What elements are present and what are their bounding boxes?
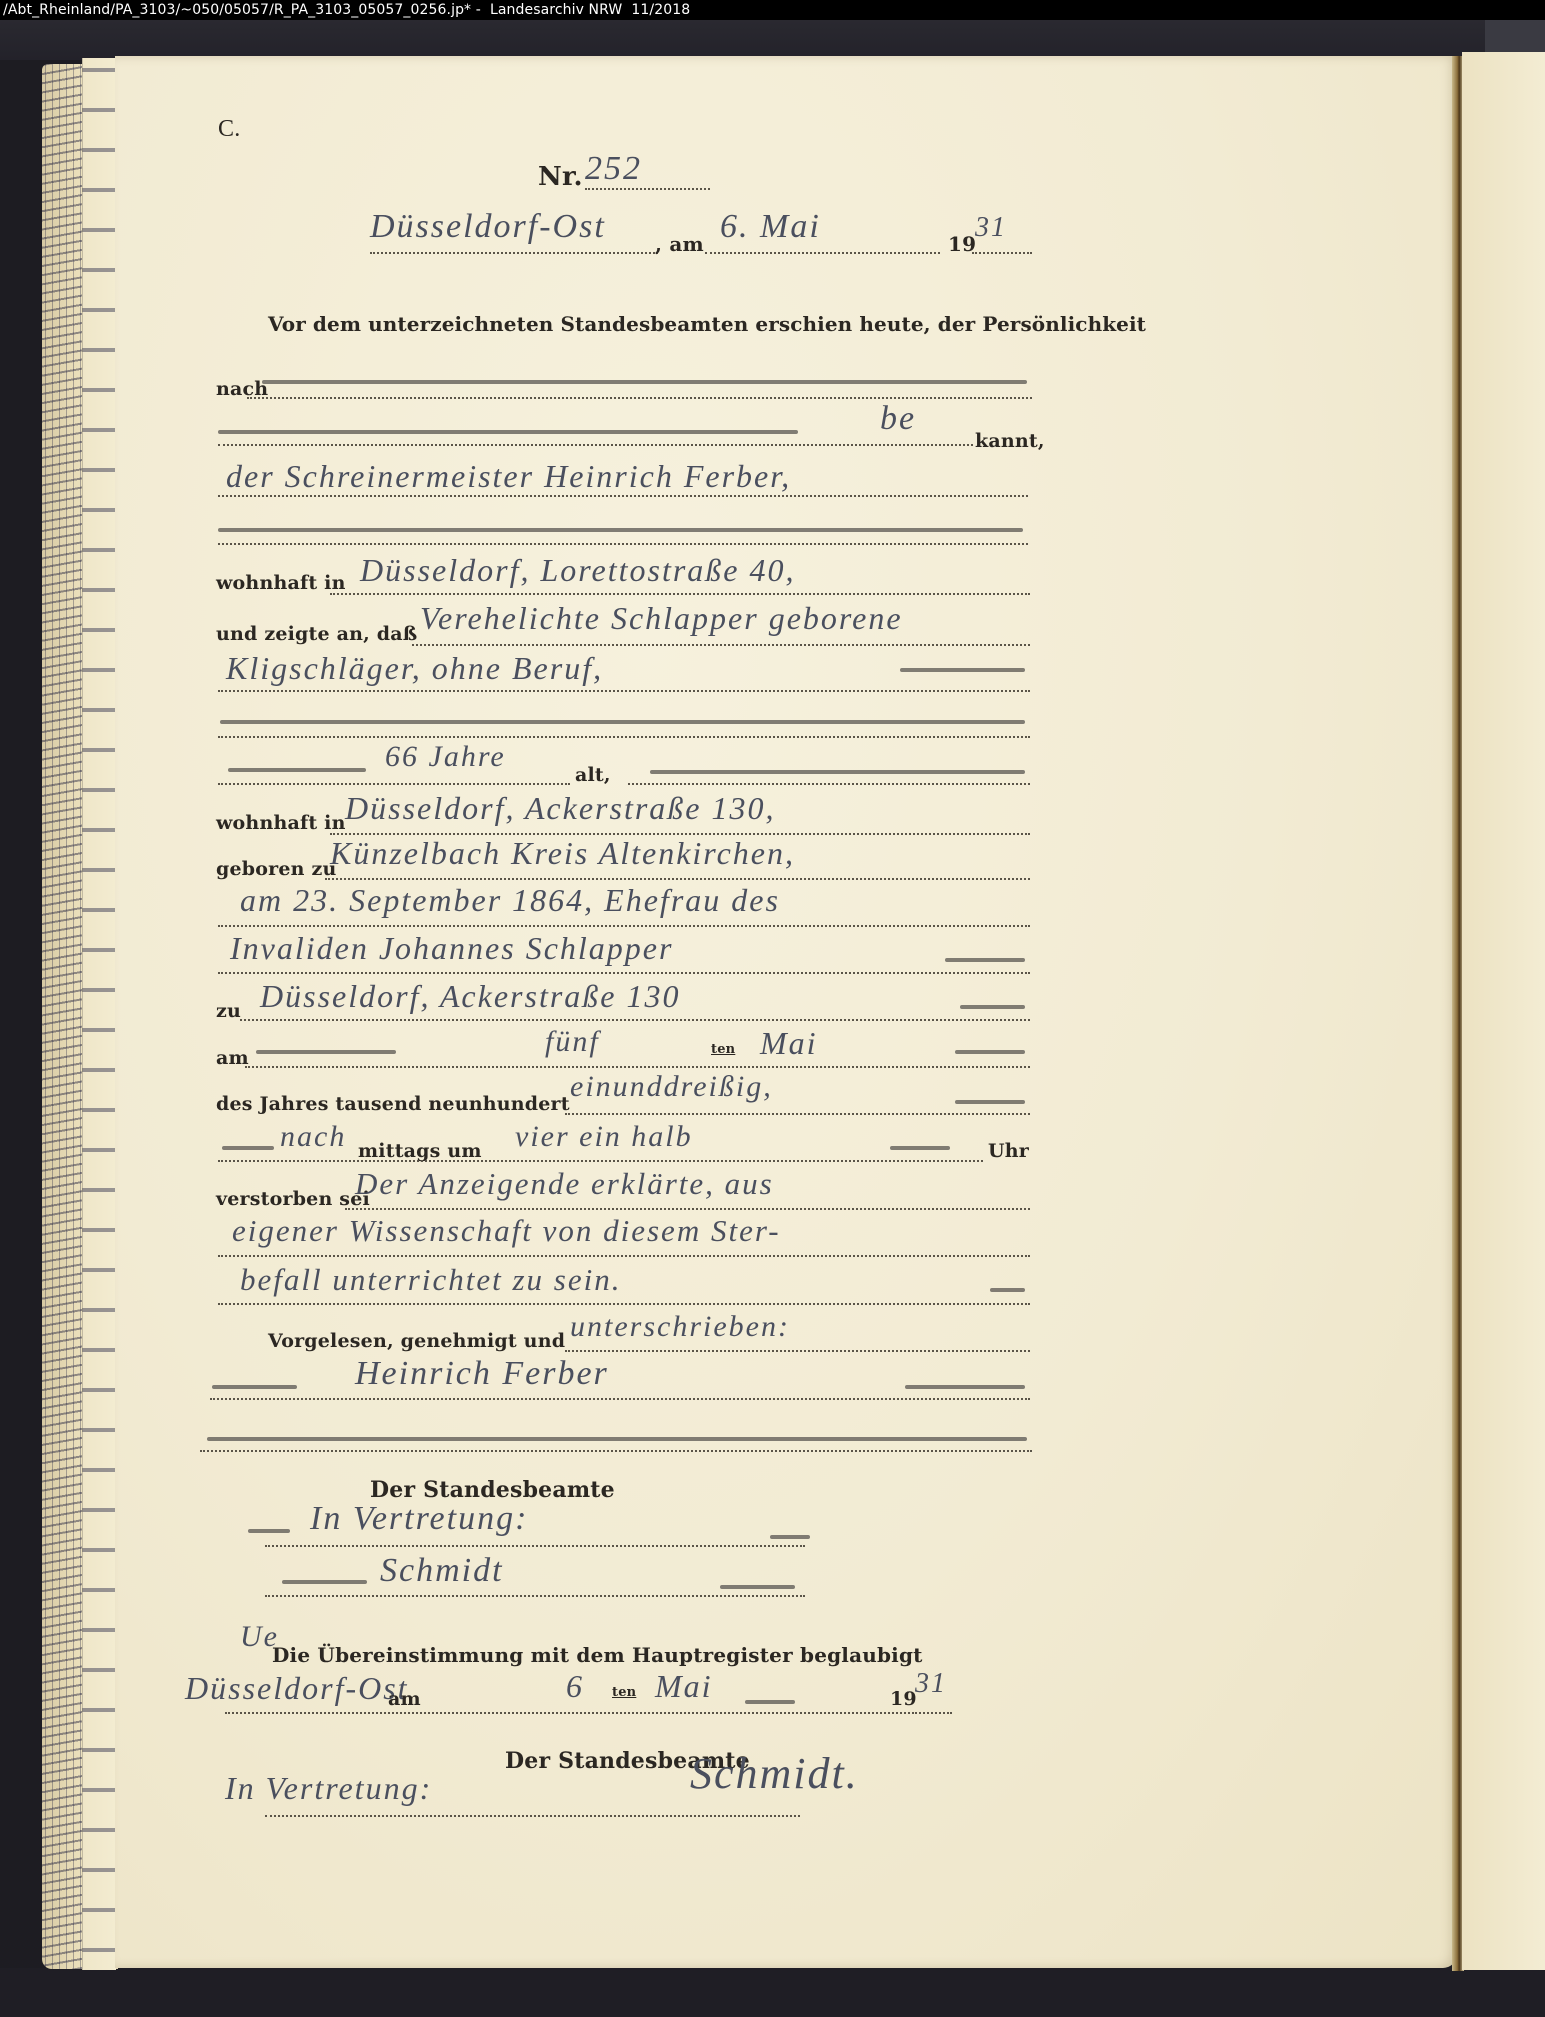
cert-dotted-line bbox=[225, 1712, 910, 1714]
geboren-label: geboren zu bbox=[216, 858, 336, 880]
fill-rule bbox=[256, 1050, 396, 1054]
birth-date: am 23. September 1864, Ehefrau des bbox=[240, 882, 780, 919]
fill-rule bbox=[282, 1580, 367, 1584]
scan-backdrop-left bbox=[0, 20, 42, 2017]
time-prefix: nach bbox=[280, 1120, 346, 1154]
fill-rule bbox=[955, 1100, 1025, 1104]
deceased-address: Düsseldorf, Ackerstraße 130, bbox=[345, 790, 775, 827]
cert-day-suffix: ten bbox=[612, 1685, 636, 1700]
fill-rule bbox=[745, 1700, 795, 1704]
registrar-dotted-line bbox=[265, 1595, 805, 1597]
death-day: fünf bbox=[545, 1025, 600, 1059]
year-dotted-line bbox=[972, 252, 1032, 254]
dotted-line bbox=[218, 543, 1028, 545]
death-time-dotted-line bbox=[218, 1160, 983, 1162]
fill-rule bbox=[220, 720, 1025, 724]
year-suffix: 31 bbox=[975, 212, 1007, 244]
death-date-dotted-line bbox=[245, 1066, 1030, 1068]
place-dotted-line bbox=[370, 252, 658, 254]
fill-rule bbox=[990, 1288, 1025, 1292]
death-day-suffix: ten bbox=[711, 1042, 735, 1057]
age-label: alt, bbox=[575, 764, 611, 786]
verstorben-label: verstorben sei bbox=[216, 1188, 370, 1210]
bekannt-label: kannt, bbox=[975, 430, 1045, 452]
birthplace-dotted-line bbox=[325, 878, 1030, 880]
death-month: Mai bbox=[760, 1025, 818, 1062]
birth-date-dotted-line bbox=[218, 925, 1030, 927]
fill-rule bbox=[770, 1535, 810, 1539]
informant-dotted-line bbox=[218, 495, 1028, 497]
informant-name: der Schreinermeister Heinrich Ferber, bbox=[226, 458, 791, 495]
fill-rule bbox=[218, 430, 798, 434]
cert-day: 6 bbox=[566, 1668, 584, 1705]
cert-place: Düsseldorf-Ost bbox=[185, 1670, 409, 1707]
record-place: Düsseldorf-Ost bbox=[370, 208, 606, 246]
remark-dotted-line-1 bbox=[345, 1208, 1030, 1210]
fill-rule bbox=[720, 1585, 795, 1589]
fill-rule bbox=[207, 1437, 1027, 1441]
book-page-edge-inner bbox=[82, 58, 116, 1970]
remark-dotted-line-3 bbox=[218, 1303, 1030, 1305]
jahres-label: des Jahres tausend neunhundert bbox=[216, 1093, 570, 1115]
deceased-name-line1: Verehelichte Schlapper geborene bbox=[420, 600, 903, 637]
registrar-vertretung: In Vertretung: bbox=[310, 1500, 528, 1538]
cert-year-suffix: 31 bbox=[915, 1668, 947, 1700]
bekannt-prefix: be bbox=[880, 400, 916, 438]
mittags-label: mittags um bbox=[358, 1140, 482, 1162]
number-dotted-line bbox=[585, 188, 710, 190]
registrar-signature: Schmidt bbox=[380, 1552, 504, 1590]
wohnhaft-label: wohnhaft in bbox=[216, 572, 346, 594]
fill-rule bbox=[955, 1050, 1025, 1054]
facing-page bbox=[1462, 52, 1545, 1970]
fill-rule bbox=[905, 1385, 1025, 1389]
deceased-dotted-line bbox=[412, 644, 1030, 646]
scan-backdrop-top bbox=[0, 20, 1545, 60]
fill-rule bbox=[945, 958, 1025, 962]
address-dotted-line bbox=[330, 593, 1030, 595]
intro-text: Vor dem unterzeichneten Standesbeamten e… bbox=[268, 312, 1146, 336]
fill-rule bbox=[890, 1146, 950, 1150]
vorgelesen-hand: unterschrieben: bbox=[570, 1310, 790, 1344]
death-year-words: einunddreißig, bbox=[570, 1070, 773, 1104]
uhr-label: Uhr bbox=[988, 1140, 1029, 1162]
certification-text: Die Übereinstimmung mit dem Hauptregiste… bbox=[272, 1643, 923, 1667]
fill-rule bbox=[222, 1146, 274, 1150]
spouse: Invaliden Johannes Schlapper bbox=[230, 930, 673, 967]
vorgelesen-dotted-line bbox=[565, 1350, 1030, 1352]
nach-dotted-line bbox=[247, 397, 1032, 399]
wohnhaft-label-2: wohnhaft in bbox=[216, 812, 346, 834]
remark-line-3: befall unterrichtet zu sein. bbox=[240, 1262, 621, 1298]
bekannt-dotted-line bbox=[218, 444, 973, 446]
dotted-line bbox=[218, 736, 1030, 738]
fill-rule bbox=[900, 668, 1025, 672]
birthplace: Künzelbach Kreis Altenkirchen, bbox=[330, 835, 795, 872]
signature-dotted-line bbox=[210, 1398, 1030, 1400]
record-number: 252 bbox=[585, 150, 642, 188]
cert-vertretung: In Vertretung: bbox=[225, 1770, 432, 1807]
scan-backdrop-corner bbox=[1485, 20, 1545, 52]
vorgelesen-label: Vorgelesen, genehmigt und bbox=[268, 1330, 565, 1352]
cert-year-prefix: 19 bbox=[890, 1688, 917, 1710]
deceased-dotted-line-2 bbox=[218, 690, 1030, 692]
cert-signature: Schmidt. bbox=[690, 1748, 859, 1799]
age-dotted-line bbox=[218, 783, 570, 785]
fill-rule bbox=[650, 770, 1025, 774]
death-place: Düsseldorf, Ackerstraße 130 bbox=[260, 978, 680, 1015]
date-am-label: , am bbox=[655, 232, 704, 256]
scan-backdrop-bottom bbox=[0, 1968, 1545, 2017]
fill-rule bbox=[218, 528, 1023, 532]
fill-rule bbox=[248, 1529, 290, 1533]
fill-rule bbox=[228, 768, 366, 772]
spouse-dotted-line bbox=[218, 972, 1030, 974]
number-label: Nr. bbox=[538, 162, 583, 192]
dotted-line bbox=[628, 783, 1030, 785]
remark-dotted-line-2 bbox=[218, 1255, 1030, 1257]
informant-signature: Heinrich Ferber bbox=[355, 1355, 609, 1393]
zeigte-label: und zeigte an, daß bbox=[216, 623, 417, 645]
deceased-name-line2: Kligschläger, ohne Beruf, bbox=[226, 650, 603, 687]
cert-month: Mai bbox=[655, 1668, 713, 1705]
fill-rule bbox=[262, 380, 1027, 384]
date-dotted-line bbox=[705, 252, 940, 254]
cert-am-label: am bbox=[388, 1688, 421, 1710]
window-title-bar: /Abt_Rheinland/PA_3103/~050/05057/R_PA_3… bbox=[0, 0, 1545, 20]
fill-rule bbox=[960, 1005, 1025, 1009]
vertretung-dotted-line bbox=[265, 1545, 805, 1547]
dotted-line bbox=[200, 1450, 1032, 1452]
death-time: vier ein halb bbox=[515, 1120, 693, 1154]
remark-line-2: eigener Wissenschaft von diesem Ster- bbox=[232, 1213, 781, 1249]
fill-rule bbox=[212, 1385, 297, 1389]
cert-year-dotted-line bbox=[912, 1712, 952, 1714]
death-year-dotted-line bbox=[565, 1113, 1030, 1115]
zu-label: zu bbox=[216, 1000, 241, 1022]
cert-signature-dotted-line bbox=[265, 1815, 800, 1817]
record-date: 6. Mai bbox=[720, 208, 821, 246]
death-place-dotted-line bbox=[240, 1019, 1030, 1021]
remark-line-1: Der Anzeigende erklärte, aus bbox=[355, 1166, 774, 1202]
deceased-age: 66 Jahre bbox=[385, 740, 506, 774]
am-label: am bbox=[216, 1047, 249, 1069]
informant-address: Düsseldorf, Lorettostraße 40, bbox=[360, 552, 796, 589]
series-letter: C. bbox=[218, 116, 240, 143]
